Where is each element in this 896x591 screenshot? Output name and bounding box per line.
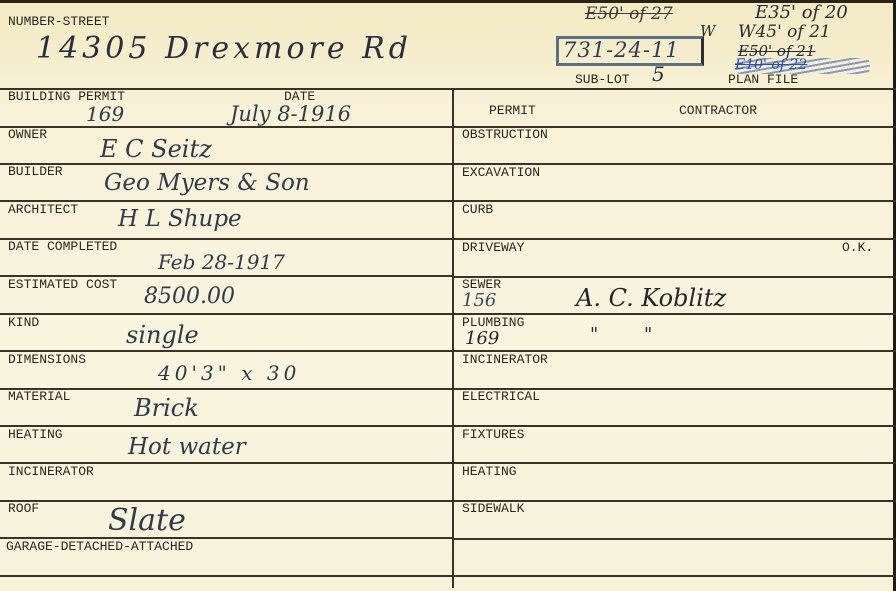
row-rule-left — [0, 126, 452, 128]
row-rule-left — [0, 275, 452, 277]
field-label: OWNER — [8, 128, 47, 141]
field-label: KIND — [8, 316, 39, 329]
permit-incinerator: INCINERATOR — [462, 353, 548, 366]
row-rule-right — [452, 313, 896, 315]
heating-value: Hot water — [128, 436, 246, 459]
row-rule-right — [452, 200, 896, 202]
row-rule-left — [0, 388, 452, 390]
field-label: DIMENSIONS — [8, 353, 86, 366]
kind-value: single — [126, 323, 199, 347]
contractor-column-header: CONTRACTOR — [679, 104, 757, 117]
permit-electrical: ELECTRICAL — [462, 390, 540, 403]
sublot-label: SUB-LOT — [575, 73, 630, 86]
row-rule-left — [0, 537, 452, 539]
field-label: HEATING — [8, 428, 63, 441]
sewer-number: 156 — [462, 292, 496, 310]
annotation-w: W — [700, 24, 715, 39]
row-rule-left — [0, 350, 452, 352]
field-label: MATERIAL — [8, 390, 70, 403]
plumbing-contractor-ditto: " " — [590, 326, 652, 344]
permit-number: 169 — [86, 104, 124, 124]
row-rule-right — [452, 425, 896, 427]
row-rule-left — [0, 500, 452, 502]
row-rule-right — [452, 462, 896, 464]
address-value: 14305 Drexmore Rd — [36, 34, 412, 64]
permit-heating: HEATING — [462, 465, 517, 478]
field-label: ESTIMATED COST — [8, 278, 117, 291]
dimensions-value: 40'3" x 30 — [158, 363, 300, 383]
address-label: NUMBER-STREET — [8, 15, 109, 28]
date-completed-value: Feb 28-1917 — [158, 252, 285, 272]
owner-value: E C Seitz — [100, 137, 212, 161]
permit-card: NUMBER-STREET 14305 Drexmore Rd 731-24-1… — [0, 0, 896, 591]
permit-curb: CURB — [462, 203, 493, 216]
row-rule-right — [452, 350, 896, 352]
permit-obstruction: OBSTRUCTION — [462, 128, 548, 141]
annotation-1: E35' of 20 — [755, 4, 848, 22]
row-rule-left — [0, 313, 452, 315]
sewer-contractor: A. C. Koblitz — [576, 286, 726, 310]
field-label: ARCHITECT — [8, 203, 78, 216]
row-rule-left — [0, 425, 452, 427]
row-rule-right — [452, 575, 896, 577]
row-rule-right — [452, 238, 896, 240]
row-rule-right — [452, 276, 896, 278]
row-rule-right — [452, 126, 896, 128]
permit-driveway: DRIVEWAY — [462, 241, 524, 254]
estimated-cost-value: 8500.00 — [144, 286, 235, 308]
architect-value: H L Shupe — [118, 208, 242, 231]
rule-top — [0, 88, 896, 90]
driveway-status: O.K. — [842, 241, 873, 254]
row-rule-right — [452, 500, 896, 502]
row-rule-left — [0, 575, 452, 577]
plumbing-number: 169 — [465, 330, 499, 348]
permit-date: July 8-1916 — [230, 104, 351, 125]
field-label: DATE COMPLETED — [8, 240, 117, 253]
row-rule-left — [0, 200, 452, 202]
field-label: GARAGE-DETACHED-ATTACHED — [6, 540, 193, 553]
field-label: ROOF — [8, 502, 39, 515]
material-value: Brick — [134, 396, 199, 420]
plan-file-label: PLAN FILE — [728, 73, 798, 86]
row-rule-right — [452, 163, 896, 165]
annotation-2: W45' of 21 — [738, 24, 831, 41]
row-rule-right — [452, 388, 896, 390]
permit-column-header: PERMIT — [489, 104, 536, 117]
row-rule-right — [452, 538, 896, 540]
builder-value: Geo Myers & Son — [104, 172, 310, 195]
permit-excavation: EXCAVATION — [462, 166, 540, 179]
annotation-struck-1: E50' of 27 — [585, 6, 673, 23]
lot-number: 731-24-11 — [563, 40, 680, 61]
field-label: BUILDER — [8, 165, 63, 178]
row-rule-left — [0, 462, 452, 464]
sublot-value: 5 — [652, 64, 665, 84]
row-rule-left — [0, 163, 452, 165]
annotation-struck-4: E10' of 22 — [735, 58, 807, 72]
permit-fixtures: FIXTURES — [462, 428, 524, 441]
permit-sidewalk: SIDEWALK — [462, 502, 524, 515]
field-label: INCINERATOR — [8, 465, 94, 478]
roof-value: Slate — [108, 506, 186, 536]
row-rule-left — [0, 238, 452, 240]
